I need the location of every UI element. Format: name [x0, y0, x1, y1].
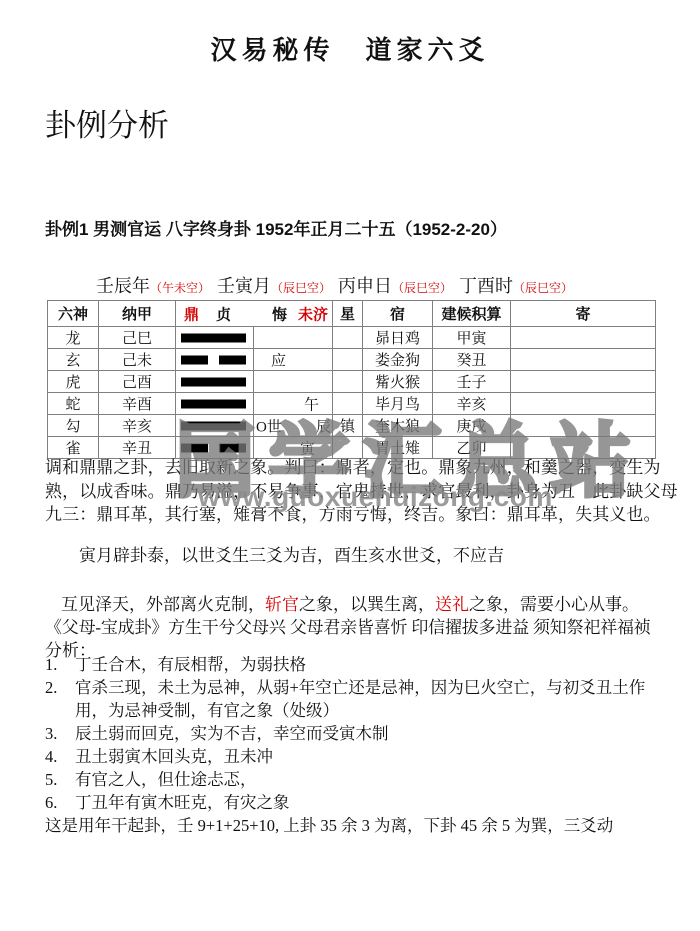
text-run: 之象，以巽生离， [299, 595, 435, 614]
list-text: 用，为忌神受制，有官之象（处级） [75, 701, 339, 720]
cell-hexagram-line [176, 393, 254, 415]
hexagram-header-part: 悔 [272, 303, 287, 324]
cell-six-god: 蛇 [48, 393, 99, 415]
yang-line-bar [181, 377, 246, 386]
table-header-row: 六神 纳甲 鼎贞悔未济 星 宿 建候积算 寄 [48, 301, 656, 327]
doc-title: 汉易秘传 道家六爻 [0, 30, 700, 67]
cell-six-god: 玄 [48, 349, 99, 371]
list-text: 辰土弱而回克，实为不吉，幸空而受寅木制 [75, 724, 389, 743]
cell-star [333, 371, 363, 393]
col-header-hexagram: 鼎贞悔未济 [176, 301, 333, 327]
col-header-najia: 纳甲 [99, 301, 176, 327]
list-number: 3. [45, 722, 75, 745]
judgement-paragraph: 调和鼎鼎之卦，去旧取新之象。判曰：鼎者，定也。鼎象九州，和羹之器，变生为熟，以成… [45, 456, 663, 527]
analysis-list-row: 2.官杀三现，未土为忌神，从弱+年空亡还是忌神，因为巳火空亡，与初爻丑土作 [45, 676, 665, 699]
list-number: 6. [45, 791, 75, 814]
cell-najia: 己酉 [99, 371, 176, 393]
cell-marks: 应 [254, 349, 333, 371]
text-run: 之象，需要小心从事。 [469, 595, 639, 614]
date-void-note: （午未空） [150, 279, 210, 296]
cell-ji [511, 349, 656, 371]
date-group: 壬辰年（午未空） [96, 272, 210, 298]
cell-hexagram-line [176, 371, 254, 393]
text-run: 互见泽天，外部离火克制， [61, 595, 265, 614]
judgement-line: 九三：鼎耳革，其行塞，雉膏不食，方雨亏悔，终吉。象曰：鼎耳革，失其义也。 [45, 503, 663, 527]
line-mark: 应 [271, 349, 286, 370]
cell-najia: 己巳 [99, 327, 176, 349]
date-group: 壬寅月（辰巳空） [217, 272, 331, 298]
line-mark: 寅 [300, 437, 315, 458]
col-header-jianhou: 建候积算 [433, 301, 511, 327]
table-row: 虎己酉觜火猴壬子 [48, 371, 656, 393]
hexagram-header-part: 未济 [298, 303, 328, 324]
line-mark: O世 [256, 415, 282, 436]
cell-star [333, 393, 363, 415]
cell-najia: 辛亥 [99, 415, 176, 437]
cell-lunar-mansion: 娄金狗 [363, 349, 433, 371]
yin-line-bar [181, 355, 246, 364]
hexagram-header-part: 贞 [216, 303, 231, 324]
cell-lunar-mansion: 觜火猴 [363, 371, 433, 393]
yang-line-bar [181, 333, 246, 342]
section-heading: 卦例分析 [45, 100, 169, 145]
judgement-line: 调和鼎鼎之卦，去旧取新之象。判曰：鼎者，定也。鼎象九州，和羹之器，变生为 [45, 456, 663, 480]
analysis-list-row: 4.丑土弱寅木回头克，丑未冲 [45, 745, 665, 768]
yang-line-bar [181, 421, 246, 430]
cell-lunar-mansion: 奎木狼 [363, 415, 433, 437]
list-text: 丁丑年有寅木旺克，有灾之象 [75, 793, 290, 812]
cell-hexagram-line [176, 349, 254, 371]
yang-line-bar [181, 399, 246, 408]
date-group: 丁酉时（辰巳空） [459, 272, 573, 298]
list-number: 5. [45, 768, 75, 791]
hexagram-table: 六神 纳甲 鼎贞悔未济 星 宿 建候积算 寄 龙己巳昴日鸡甲寅玄己未应娄金狗癸丑… [47, 300, 656, 459]
list-text: 丁壬合木，有辰相帮，为弱扶格 [75, 655, 306, 674]
cell-hexagram-line [176, 415, 254, 437]
cell-ji [511, 371, 656, 393]
cell-lunar-mansion: 毕月鸟 [363, 393, 433, 415]
list-text: 官杀三现，未土为忌神，从弱+年空亡还是忌神，因为巳火空亡，与初爻丑土作 [75, 678, 645, 697]
list-number: 2. [45, 676, 75, 699]
analysis-list-row: 3.辰土弱而回克，实为不吉，幸空而受寅木制 [45, 722, 665, 745]
col-header-ji: 寄 [511, 301, 656, 327]
cell-jianhou: 壬子 [433, 371, 511, 393]
line-mark: 辰 [316, 415, 331, 436]
cell-jianhou: 辛亥 [433, 393, 511, 415]
list-number: 4. [45, 745, 75, 768]
cell-star: 镇 [333, 415, 363, 437]
list-number: 1. [45, 653, 75, 676]
document-page: 汉易秘传 道家六爻 卦例分析 卦例1 男测官运 八字终身卦 1952年正月二十五… [0, 0, 700, 931]
cell-hexagram-line [176, 327, 254, 349]
list-text: 丑土弱寅木回头克，丑未冲 [75, 747, 273, 766]
date-ganzhi: 丁酉时 [459, 272, 513, 298]
date-ganzhi: 壬寅月 [217, 272, 271, 298]
cell-ji [511, 415, 656, 437]
cell-star [333, 327, 363, 349]
cell-marks: O世辰 [254, 415, 333, 437]
cell-marks: 午 [254, 393, 333, 415]
analysis-list-row: 1.丁壬合木，有辰相帮，为弱扶格 [45, 653, 665, 676]
analysis-list-row: 用，为忌神受制，有官之象（处级） [45, 699, 665, 722]
cell-ji [511, 393, 656, 415]
final-calculation-line: 这是用年干起卦，壬 9+1+25+10, 上卦 35 余 3 为离，下卦 45 … [45, 814, 665, 837]
cell-six-god: 勾 [48, 415, 99, 437]
cell-jianhou: 甲寅 [433, 327, 511, 349]
table-row: 蛇辛酉午毕月鸟辛亥 [48, 393, 656, 415]
cell-lunar-mansion: 昴日鸡 [363, 327, 433, 349]
table-row: 玄己未应娄金狗癸丑 [48, 349, 656, 371]
line-mark: 午 [304, 393, 319, 414]
date-ganzhi: 丙申日 [338, 272, 392, 298]
hexagram-table-wrap: 六神 纳甲 鼎贞悔未济 星 宿 建候积算 寄 龙己巳昴日鸡甲寅玄己未应娄金狗癸丑… [47, 300, 656, 459]
parents-verse-line: 《父母-宝成卦》方生干兮父母兴 父母君亲皆喜忻 印信擢拔多进益 须知祭祀祥福祯 [45, 613, 651, 638]
table-row: 勾辛亥O世辰镇奎木狼庚戌 [48, 415, 656, 437]
cell-jianhou: 癸丑 [433, 349, 511, 371]
analysis-list-row: 6.丁丑年有寅木旺克，有灾之象 [45, 791, 665, 814]
date-void-note: （辰巳空） [392, 279, 452, 296]
col-header-xiu: 宿 [363, 301, 433, 327]
cell-najia: 己未 [99, 349, 176, 371]
yin-month-line: 寅月辟卦泰，以世爻生三爻为吉，酉生亥水世爻，不应吉 [79, 541, 504, 566]
date-group: 丙申日（辰巳空） [338, 272, 452, 298]
cell-jianhou: 庚戌 [433, 415, 511, 437]
date-ganzhi: 壬辰年 [96, 272, 150, 298]
date-void-note: （辰巳空） [513, 279, 573, 296]
cell-ji [511, 327, 656, 349]
mutual-hexagram-line: 互见泽天，外部离火克制，斩官之象，以巽生离，送礼之象，需要小心从事。 [61, 590, 639, 615]
cell-marks [254, 371, 333, 393]
highlighted-term: 送礼 [435, 595, 469, 614]
highlighted-term: 斩官 [265, 595, 299, 614]
col-header-liushen: 六神 [48, 301, 99, 327]
yin-line-bar [181, 443, 246, 452]
date-line: 壬辰年（午未空）壬寅月（辰巳空）丙申日（辰巳空）丁酉时（辰巳空） [96, 272, 573, 298]
cell-six-god: 虎 [48, 371, 99, 393]
case-title: 卦例1 男测官运 八字终身卦 1952年正月二十五（1952-2-20） [45, 215, 507, 240]
date-void-note: （辰巳空） [271, 279, 331, 296]
cell-najia: 辛酉 [99, 393, 176, 415]
cell-marks [254, 327, 333, 349]
cell-six-god: 龙 [48, 327, 99, 349]
list-text: 有官之人，但仕途忐忑， [75, 770, 257, 789]
analysis-list-row: 5.有官之人，但仕途忐忑， [45, 768, 665, 791]
judgement-line: 熟，以成香味。鼎乃易溢，不易争事，官鬼持世，求官最利，卦身为丑 此卦缺父母 [45, 480, 663, 504]
table-row: 龙己巳昴日鸡甲寅 [48, 327, 656, 349]
cell-star [333, 349, 363, 371]
col-header-star: 星 [333, 301, 363, 327]
analysis-list: 1.丁壬合木，有辰相帮，为弱扶格2.官杀三现，未土为忌神，从弱+年空亡还是忌神，… [45, 653, 665, 837]
hexagram-header-part: 鼎 [184, 303, 199, 324]
